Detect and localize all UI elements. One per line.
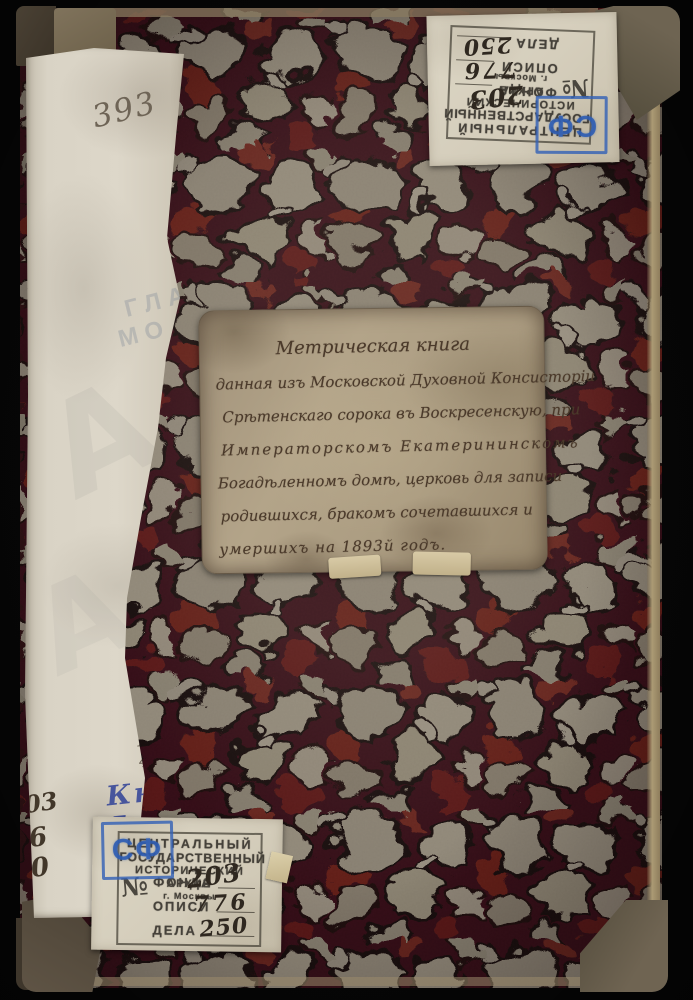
archive-label-bottom: СФ ЦЕНТРАЛЬНЫЙ ГОСУДАРСТВЕННЫЙ ИСТОРИЧЕС… bbox=[91, 817, 283, 953]
upside-down-stamp: СФ ЦЕНТРАЛЬНЫЙ ГОСУДАРСТВЕННЫЙ ИСТОРИЧЕС… bbox=[430, 20, 615, 157]
cover-bottom-edge bbox=[90, 977, 592, 986]
tape-piece bbox=[412, 551, 470, 575]
pencil-number-393: 393 bbox=[89, 85, 161, 136]
watermark-text: МО bbox=[115, 314, 173, 354]
title-label: Метрическая книга данная изъ Московской … bbox=[198, 306, 548, 575]
photo-backdrop: ГЛА МО А А 393 N 4315 125к Кн. 5 03 6 0 … bbox=[0, 0, 693, 1000]
row-label: ДЕЛА bbox=[152, 923, 197, 942]
row-label: ДЕЛА bbox=[514, 33, 559, 53]
row-value: 776 bbox=[461, 56, 517, 84]
numero-symbol: № bbox=[558, 34, 590, 104]
book-cover: ГЛА МО А А 393 N 4315 125к Кн. 5 03 6 0 … bbox=[20, 8, 662, 988]
archive-label-top: СФ ЦЕНТРАЛЬНЫЙ ГОСУДАРСТВЕННЫЙ ИСТОРИЧЕС… bbox=[426, 12, 619, 166]
row-value: 250 bbox=[462, 31, 513, 60]
tape-piece bbox=[328, 555, 381, 579]
cover-right-edge bbox=[647, 14, 660, 980]
stamp-row-delo: ДЕЛА 250 bbox=[152, 917, 254, 942]
blue-overstamp-text: СФ bbox=[111, 833, 163, 868]
title-handwriting: Метрическая книга данная изъ Московской … bbox=[212, 325, 537, 566]
blue-overstamp-box: СФ bbox=[101, 821, 174, 880]
numero-symbol: № bbox=[120, 871, 153, 941]
row-value: 250 bbox=[198, 912, 249, 942]
stamp-row-delo: ДЕЛА 250 bbox=[456, 30, 559, 58]
blue-overstamp-box: СФ bbox=[535, 96, 607, 154]
blue-overstamp-text: СФ bbox=[546, 108, 597, 142]
